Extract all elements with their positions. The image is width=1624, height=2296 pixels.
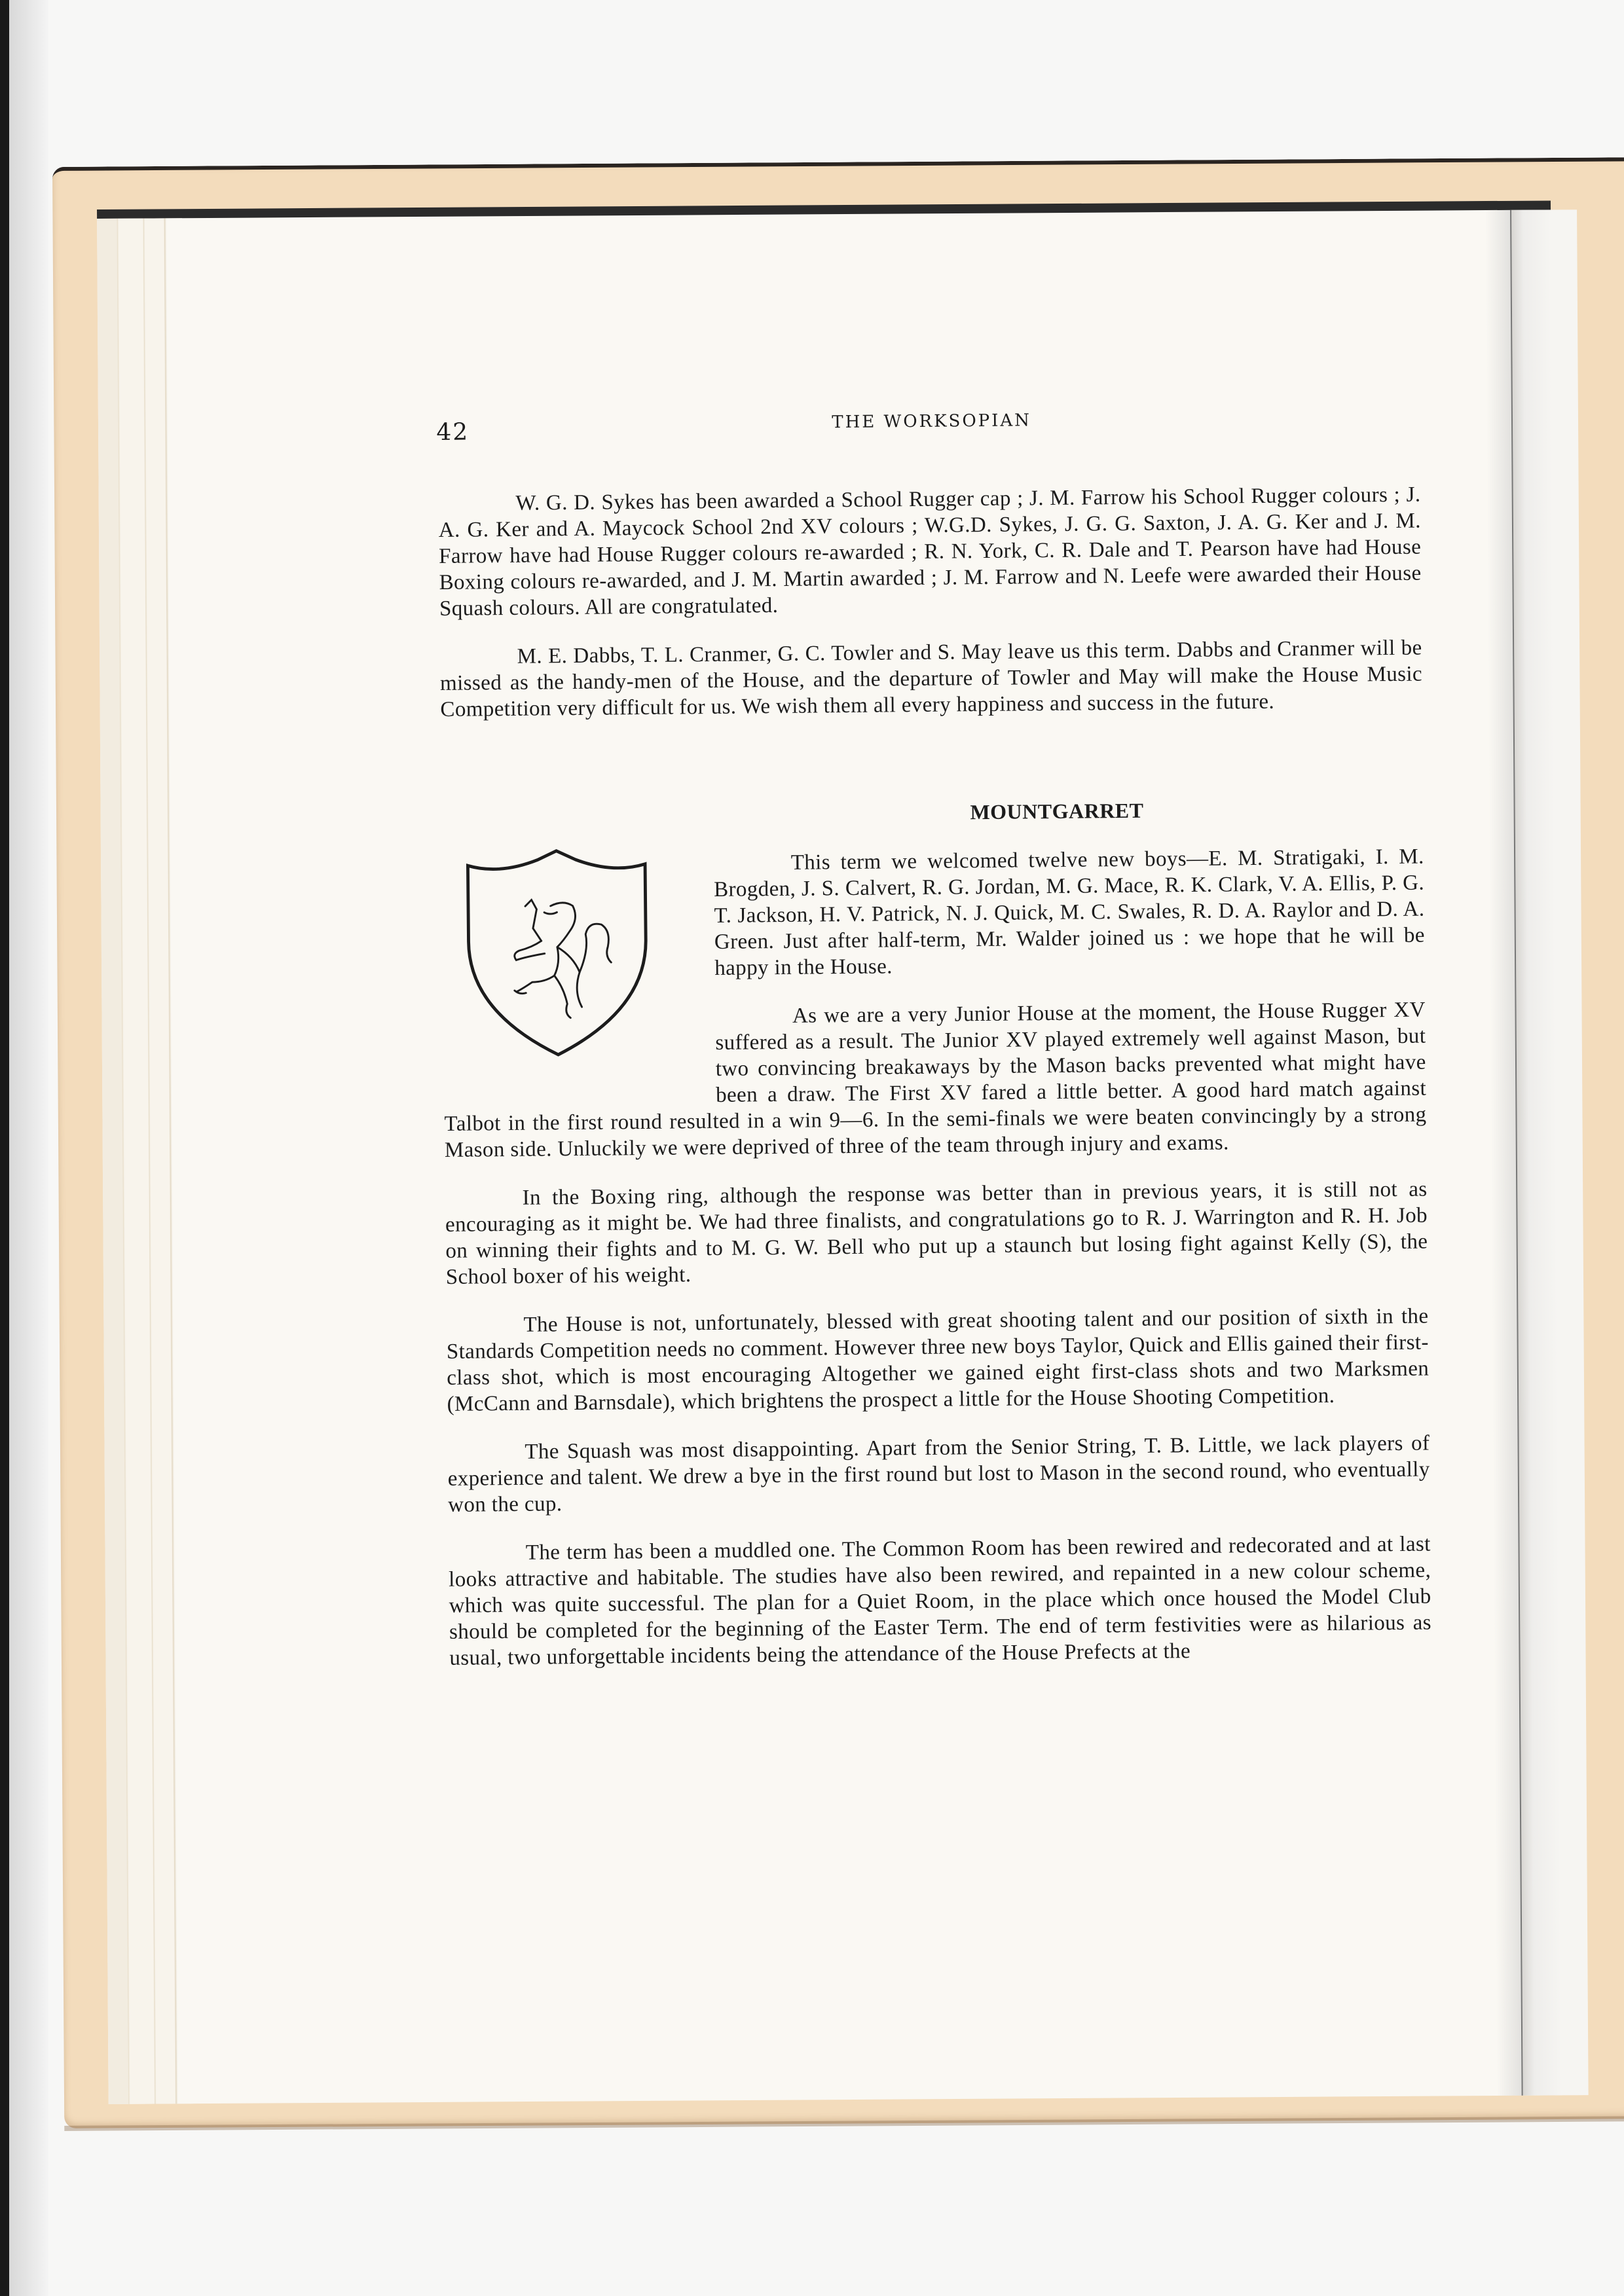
- paragraph-squash: The Squash was most disappointing. Apart…: [447, 1430, 1430, 1518]
- house-crest: [461, 844, 689, 1082]
- next-page-edge: [1510, 210, 1589, 2096]
- journal-title: THE WORKSOPIAN: [832, 410, 1031, 432]
- paragraph-awards: W. G. D. Sykes has been awarded a School…: [438, 482, 1422, 622]
- paragraph-shooting: The House is not, unfortunately, blessed…: [446, 1303, 1429, 1417]
- paragraph-boxing: In the Boxing ring, although the respons…: [445, 1176, 1428, 1290]
- scanner-edge: [0, 0, 9, 2296]
- paragraph-term: The term has been a muddled one. The Com…: [449, 1531, 1432, 1671]
- shield-lion-icon: [461, 845, 653, 1063]
- paragraph-leavers: M. E. Dabbs, T. L. Cranmer, G. C. Towler…: [439, 635, 1422, 723]
- cover-shadow: [64, 2116, 1624, 2131]
- scanner-shadow: [9, 0, 48, 2296]
- page-number: 42: [436, 419, 469, 446]
- page-content: 42 THE WORKSOPIAN W. G. D. Sykes has bee…: [437, 397, 1432, 1694]
- page-edges: [97, 218, 194, 2104]
